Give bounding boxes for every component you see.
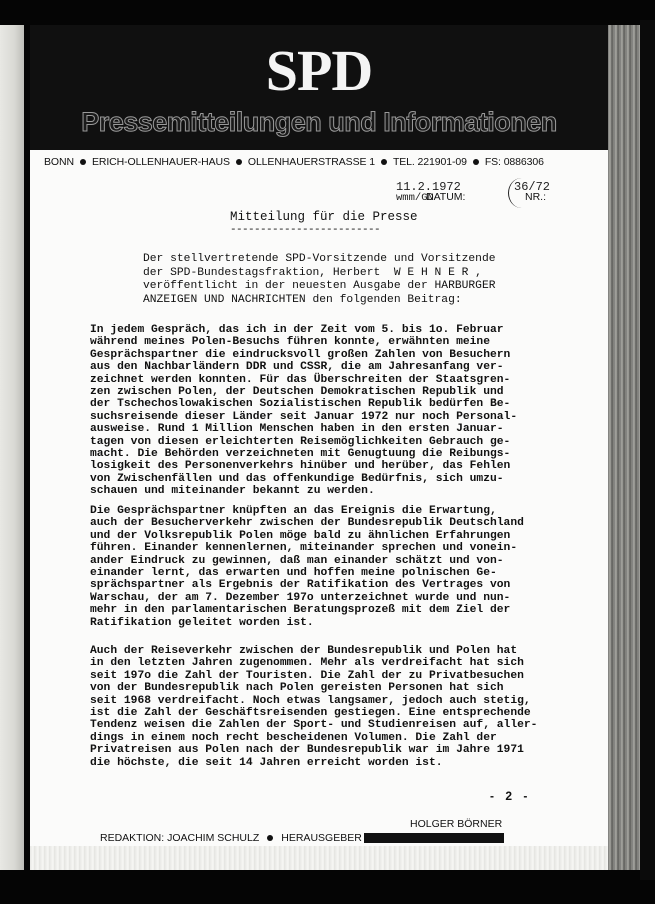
bullet-icon	[267, 835, 273, 841]
bullet-icon	[236, 159, 242, 165]
date-label: DATUM:	[426, 191, 465, 203]
publisher-name: HOLGER BÖRNER	[410, 818, 502, 830]
page-marker: - 2 -	[490, 789, 531, 803]
scan-left-edge	[0, 25, 24, 870]
scan-noise	[30, 846, 608, 870]
redaction-bar	[364, 833, 504, 843]
address-city: BONN	[44, 156, 74, 168]
letterhead-subtitle: Pressemitteilungen und Informationen	[38, 107, 600, 137]
document-title: Mitteilung für die Presse	[230, 210, 418, 224]
press-release-page: BONNERICH-OLLENHAUER-HAUSOLLENHAUERSTRAS…	[30, 150, 608, 870]
number-label: NR.:	[525, 191, 546, 203]
editor-credit: REDAKTION: JOACHIM SCHULZ	[100, 832, 259, 844]
body-paragraph-1: In jedem Gespräch, das ich in der Zeit v…	[90, 324, 610, 498]
body-paragraph-3: Auch der Reiseverkehr zwischen der Bunde…	[90, 645, 610, 769]
spd-logo: SPD	[30, 41, 608, 101]
letterhead-banner: SPD Pressemitteilungen und Informationen	[30, 25, 608, 150]
bullet-icon	[381, 159, 387, 165]
bullet-icon	[80, 159, 86, 165]
body-paragraph-2: Die Gesprächspartner knüpften an das Ere…	[90, 505, 610, 629]
address-building: ERICH-OLLENHAUER-HAUS	[92, 156, 230, 168]
title-underline: -------------------------	[230, 224, 380, 236]
scan-border	[640, 20, 655, 880]
bullet-icon	[473, 159, 479, 165]
address-telex: FS: 0886306	[485, 156, 544, 168]
address-line: BONNERICH-OLLENHAUER-HAUSOLLENHAUERSTRAS…	[44, 156, 604, 168]
address-phone: TEL. 221901-09	[393, 156, 467, 168]
address-street: OLLENHAUERSTRASSE 1	[248, 156, 375, 168]
footer-line: REDAKTION: JOACHIM SCHULZHERAUSGEBER	[100, 832, 504, 844]
publisher-label: HERAUSGEBER	[281, 832, 362, 844]
intro-paragraph: Der stellvertretende SPD-Vorsitzende und…	[143, 253, 523, 307]
